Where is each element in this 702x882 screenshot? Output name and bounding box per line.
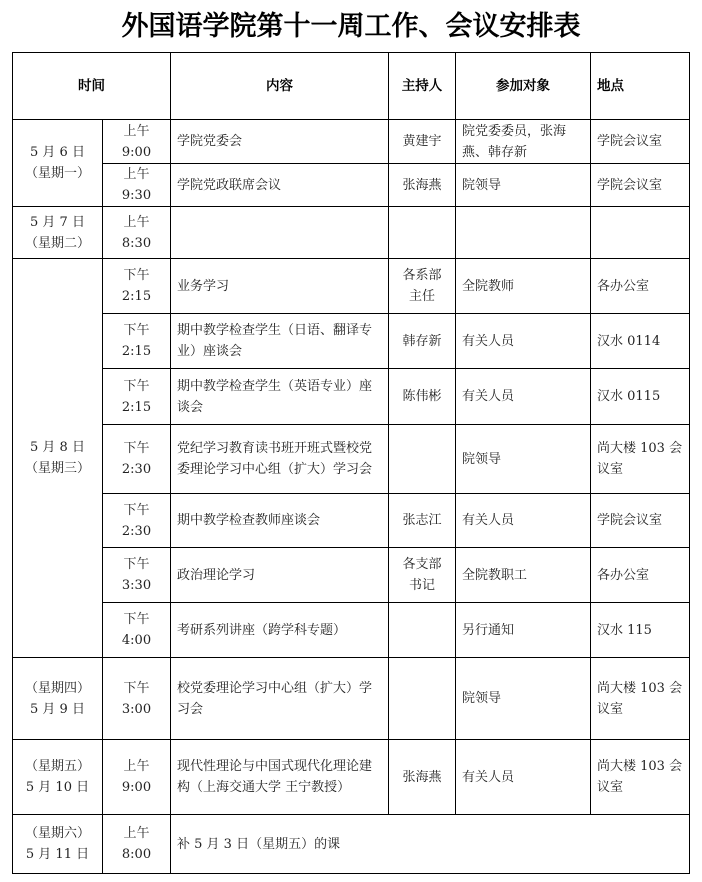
location-cell: 尚大楼 103 会议室: [591, 658, 690, 740]
location-cell: 学院会议室: [591, 164, 690, 207]
weekday-text: （星期六）: [19, 823, 96, 844]
content-cell: 业务学习: [171, 259, 389, 314]
time-cell: 上午 8:30: [103, 207, 171, 259]
clock-text: 2:30: [109, 521, 164, 542]
location-cell: 尚大楼 103 会议室: [591, 740, 690, 815]
time-cell: 下午 2:30: [103, 494, 171, 548]
header-host: 主持人: [389, 53, 456, 120]
table-row: 下午 2:15 期中教学检查学生（英语专业）座谈会 陈伟彬 有关人员 汉水 01…: [13, 369, 690, 425]
period-text: 下午: [109, 438, 164, 459]
host-cell: [389, 207, 456, 259]
table-row: 上午 9:30 学院党政联席会议 张海燕 院领导 学院会议室: [13, 164, 690, 207]
date-text: 5 月 9 日: [19, 699, 96, 720]
location-cell: 汉水 0115: [591, 369, 690, 425]
period-text: 上午: [109, 823, 164, 844]
header-row: 时间 内容 主持人 参加对象 地点: [13, 53, 690, 120]
content-cell: 党纪学习教育读书班开班式暨校党委理论学习中心组（扩大）学习会: [171, 425, 389, 494]
content-cell: 期中教学检查学生（英语专业）座谈会: [171, 369, 389, 425]
participants-cell: 有关人员: [456, 314, 591, 369]
period-text: 下午: [109, 554, 164, 575]
time-cell: 下午 2:15: [103, 369, 171, 425]
header-time: 时间: [13, 53, 171, 120]
clock-text: 9:30: [109, 185, 164, 206]
date-cell: （星期六） 5 月 11 日: [13, 815, 103, 874]
table-row: 下午 2:30 期中教学检查教师座谈会 张志江 有关人员 学院会议室: [13, 494, 690, 548]
clock-text: 3:00: [109, 699, 164, 720]
table-row: 下午 2:30 党纪学习教育读书班开班式暨校党委理论学习中心组（扩大）学习会 院…: [13, 425, 690, 494]
clock-text: 9:00: [109, 777, 164, 798]
location-cell: 汉水 0114: [591, 314, 690, 369]
date-cell: （星期五） 5 月 10 日: [13, 740, 103, 815]
period-text: 下午: [109, 265, 164, 286]
date-text: 5 月 11 日: [19, 844, 96, 865]
period-text: 下午: [109, 609, 164, 630]
participants-cell: 有关人员: [456, 369, 591, 425]
weekday-text: （星期三）: [19, 458, 96, 479]
host-cell: 各系部主任: [389, 259, 456, 314]
period-text: 下午: [109, 678, 164, 699]
participants-cell: 院领导: [456, 425, 591, 494]
participants-cell: 有关人员: [456, 740, 591, 815]
location-cell: 学院会议室: [591, 494, 690, 548]
participants-cell: 院党委委员，张海燕、韩存新: [456, 120, 591, 164]
content-cell: 考研系列讲座（跨学科专题）: [171, 603, 389, 658]
time-cell: 上午 9:30: [103, 164, 171, 207]
location-cell: 各办公室: [591, 548, 690, 603]
weekday-text: （星期一）: [19, 163, 96, 184]
location-cell: 尚大楼 103 会议室: [591, 425, 690, 494]
participants-cell: 全院教师: [456, 259, 591, 314]
content-cell-merged: 补 5 月 3 日（星期五）的课: [171, 815, 690, 874]
date-cell: （星期四） 5 月 9 日: [13, 658, 103, 740]
host-cell: 张海燕: [389, 164, 456, 207]
time-cell: 下午 3:00: [103, 658, 171, 740]
header-participants: 参加对象: [456, 53, 591, 120]
table-row: 5 月 8 日 （星期三） 下午 2:15 业务学习 各系部主任 全院教师 各办…: [13, 259, 690, 314]
table-row: 下午 2:15 期中教学检查学生（日语、翻译专业）座谈会 韩存新 有关人员 汉水…: [13, 314, 690, 369]
schedule-table: 时间 内容 主持人 参加对象 地点 5 月 6 日 （星期一） 上午 9:00 …: [12, 52, 690, 874]
content-cell: [171, 207, 389, 259]
host-cell: [389, 658, 456, 740]
clock-text: 2:15: [109, 397, 164, 418]
table-row: 5 月 7 日 （星期二） 上午 8:30: [13, 207, 690, 259]
participants-cell: 另行通知: [456, 603, 591, 658]
content-cell: 学院党委会: [171, 120, 389, 164]
period-text: 上午: [109, 212, 164, 233]
content-cell: 校党委理论学习中心组（扩大）学习会: [171, 658, 389, 740]
participants-cell: [456, 207, 591, 259]
host-cell: 张海燕: [389, 740, 456, 815]
table-row: （星期五） 5 月 10 日 上午 9:00 现代性理论与中国式现代化理论建构（…: [13, 740, 690, 815]
host-cell: 黄建宇: [389, 120, 456, 164]
date-cell: 5 月 8 日 （星期三）: [13, 259, 103, 658]
host-cell: 张志江: [389, 494, 456, 548]
clock-text: 8:30: [109, 233, 164, 254]
date-text: 5 月 6 日: [19, 142, 96, 163]
host-cell: [389, 603, 456, 658]
clock-text: 2:15: [109, 286, 164, 307]
date-text: 5 月 8 日: [19, 437, 96, 458]
table-row: （星期六） 5 月 11 日 上午 8:00 补 5 月 3 日（星期五）的课: [13, 815, 690, 874]
clock-text: 4:00: [109, 630, 164, 651]
location-cell: [591, 207, 690, 259]
date-text: 5 月 7 日: [19, 212, 96, 233]
host-cell: 陈伟彬: [389, 369, 456, 425]
period-text: 上午: [109, 756, 164, 777]
header-location: 地点: [591, 53, 690, 120]
clock-text: 3:30: [109, 575, 164, 596]
time-cell: 下午 2:15: [103, 259, 171, 314]
clock-text: 8:00: [109, 844, 164, 865]
date-cell: 5 月 7 日 （星期二）: [13, 207, 103, 259]
location-cell: 各办公室: [591, 259, 690, 314]
content-cell: 学院党政联席会议: [171, 164, 389, 207]
clock-text: 2:30: [109, 459, 164, 480]
clock-text: 2:15: [109, 341, 164, 362]
location-cell: 学院会议室: [591, 120, 690, 164]
time-cell: 下午 4:00: [103, 603, 171, 658]
header-content: 内容: [171, 53, 389, 120]
time-cell: 上午 8:00: [103, 815, 171, 874]
time-cell: 上午 9:00: [103, 740, 171, 815]
period-text: 上午: [109, 121, 164, 142]
table-row: 下午 4:00 考研系列讲座（跨学科专题） 另行通知 汉水 115: [13, 603, 690, 658]
participants-cell: 全院教职工: [456, 548, 591, 603]
time-cell: 上午 9:00: [103, 120, 171, 164]
host-cell: [389, 425, 456, 494]
host-cell: 各支部书记: [389, 548, 456, 603]
table-row: 下午 3:30 政治理论学习 各支部书记 全院教职工 各办公室: [13, 548, 690, 603]
content-cell: 期中教学检查学生（日语、翻译专业）座谈会: [171, 314, 389, 369]
date-text: 5 月 10 日: [19, 777, 96, 798]
period-text: 下午: [109, 500, 164, 521]
participants-cell: 有关人员: [456, 494, 591, 548]
table-row: （星期四） 5 月 9 日 下午 3:00 校党委理论学习中心组（扩大）学习会 …: [13, 658, 690, 740]
date-cell: 5 月 6 日 （星期一）: [13, 120, 103, 207]
period-text: 下午: [109, 376, 164, 397]
participants-cell: 院领导: [456, 164, 591, 207]
time-cell: 下午 2:15: [103, 314, 171, 369]
participants-cell: 院领导: [456, 658, 591, 740]
content-cell: 现代性理论与中国式现代化理论建构（上海交通大学 王宁教授）: [171, 740, 389, 815]
clock-text: 9:00: [109, 142, 164, 163]
weekday-text: （星期五）: [19, 756, 96, 777]
table-row: 5 月 6 日 （星期一） 上午 9:00 学院党委会 黄建宇 院党委委员，张海…: [13, 120, 690, 164]
time-cell: 下午 3:30: [103, 548, 171, 603]
time-cell: 下午 2:30: [103, 425, 171, 494]
host-cell: 韩存新: [389, 314, 456, 369]
content-cell: 政治理论学习: [171, 548, 389, 603]
weekday-text: （星期四）: [19, 678, 96, 699]
page-title: 外国语学院第十一周工作、会议安排表: [0, 4, 702, 43]
location-cell: 汉水 115: [591, 603, 690, 658]
period-text: 下午: [109, 320, 164, 341]
content-cell: 期中教学检查教师座谈会: [171, 494, 389, 548]
weekday-text: （星期二）: [19, 233, 96, 254]
period-text: 上午: [109, 164, 164, 185]
